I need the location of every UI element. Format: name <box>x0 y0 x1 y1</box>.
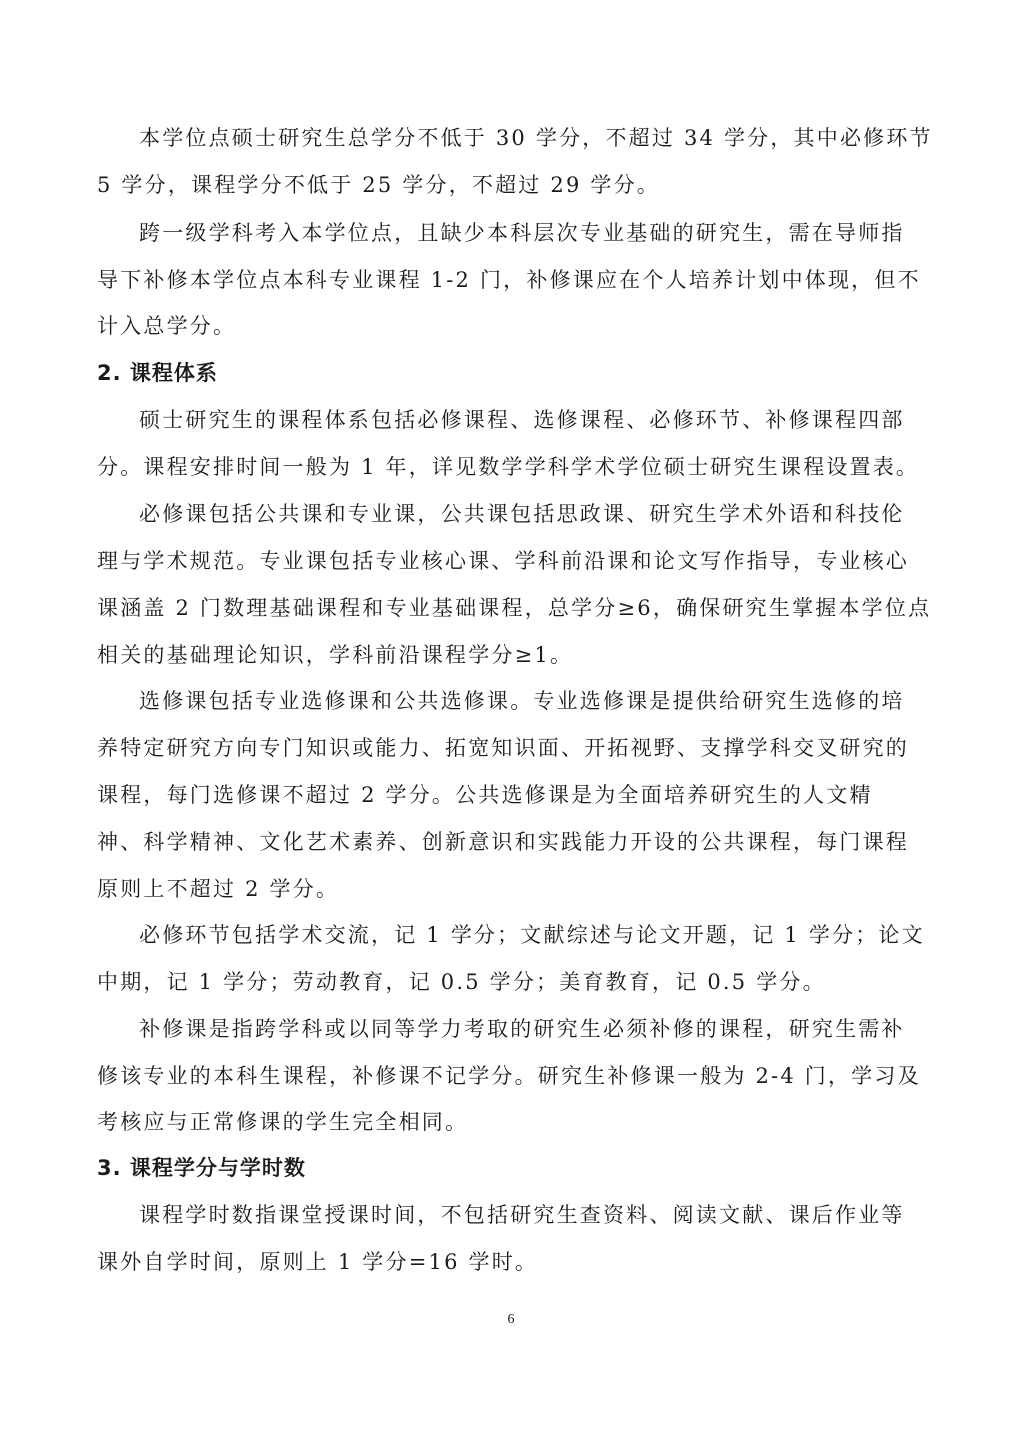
text-line: 修该专业的本科生课程，补修课不记学分。研究生补修课一般为 2-4 门，学习及 <box>97 1061 927 1091</box>
text-line: 5 学分，课程学分不低于 25 学分，不超过 29 学分。 <box>97 170 927 200</box>
text-line: 课程，每门选修课不超过 2 学分。公共选修课是为全面培养研究生的人文精 <box>97 780 927 810</box>
text-line: 计入总学分。 <box>97 311 927 341</box>
text-line: 课外自学时间，原则上 1 学分=16 学时。 <box>97 1247 927 1277</box>
text-line: 必修环节包括学术交流，记 1 学分；文献综述与论文开题，记 1 学分；论文 <box>139 920 927 950</box>
text-line: 跨一级学科考入本学位点，且缺少本科层次专业基础的研究生，需在导师指 <box>139 218 927 248</box>
text-line: 导下补修本学位点本科专业课程 1-2 门，补修课应在个人培养计划中体现，但不 <box>97 265 927 295</box>
text-line: 养特定研究方向专门知识或能力、拓宽知识面、开拓视野、支撑学科交叉研究的 <box>97 733 927 763</box>
text-line: 考核应与正常修课的学生完全相同。 <box>97 1107 927 1137</box>
text-line: 本学位点硕士研究生总学分不低于 30 学分，不超过 34 学分，其中必修环节 <box>139 123 927 153</box>
text-line: 选修课包括专业选修课和公共选修课。专业选修课是提供给研究生选修的培 <box>139 686 927 716</box>
section-heading-credit-hours: 3. 课程学分与学时数 <box>97 1153 306 1183</box>
text-line: 神、科学精神、文化艺术素养、创新意识和实践能力开设的公共课程，每门课程 <box>97 827 927 857</box>
text-line: 课程学时数指课堂授课时间，不包括研究生查资料、阅读文献、课后作业等 <box>139 1200 927 1230</box>
text-line: 理与学术规范。专业课包括专业核心课、学科前沿课和论文写作指导，专业核心 <box>97 546 927 576</box>
page-number: 6 <box>0 1310 1022 1330</box>
text-line: 分。课程安排时间一般为 1 年，详见数学学科学术学位硕士研究生课程设置表。 <box>97 452 927 482</box>
text-line: 原则上不超过 2 学分。 <box>97 874 927 904</box>
text-line: 相关的基础理论知识，学科前沿课程学分≥1。 <box>97 640 927 670</box>
text-line: 必修课包括公共课和专业课，公共课包括思政课、研究生学术外语和科技伦 <box>139 499 927 529</box>
text-line: 课涵盖 2 门数理基础课程和专业基础课程，总学分≥6，确保研究生掌握本学位点 <box>97 593 927 623</box>
section-heading-course-system: 2. 课程体系 <box>97 358 218 388</box>
document-page: 本学位点硕士研究生总学分不低于 30 学分，不超过 34 学分，其中必修环节 5… <box>0 0 1022 1433</box>
text-line: 中期，记 1 学分；劳动教育，记 0.5 学分；美育教育，记 0.5 学分。 <box>97 967 927 997</box>
text-line: 硕士研究生的课程体系包括必修课程、选修课程、必修环节、补修课程四部 <box>139 405 927 435</box>
text-line: 补修课是指跨学科或以同等学力考取的研究生必须补修的课程，研究生需补 <box>139 1014 927 1044</box>
